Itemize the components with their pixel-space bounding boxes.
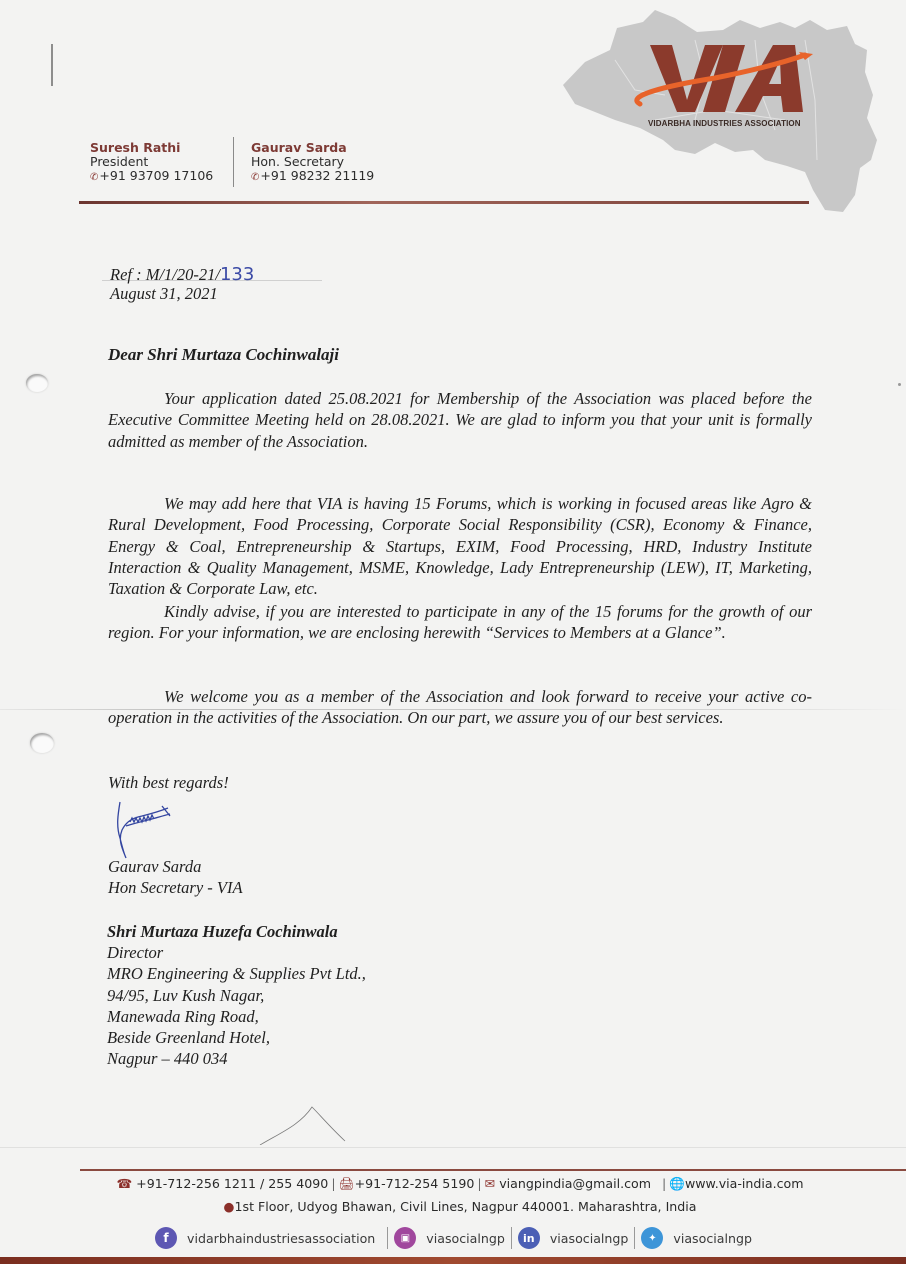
separator: | — [477, 1176, 481, 1191]
contact-phone: +91 98232 21119 — [260, 168, 374, 183]
separator — [387, 1227, 388, 1249]
footer-rule — [80, 1169, 906, 1171]
footer-website[interactable]: www.via-india.com — [685, 1176, 804, 1191]
ref-prefix: Ref : M/1/20-21/ — [110, 265, 220, 284]
footer-social-line: f vidarbhaindustriesassociation ▣ viasoc… — [155, 1226, 752, 1250]
linkedin-handle[interactable]: viasocialngp — [550, 1231, 629, 1246]
signer-name: Gaurav Sarda — [108, 857, 201, 877]
facebook-icon[interactable]: f — [155, 1227, 177, 1249]
footer-address-line: ●1st Floor, Udyog Bhawan, Civil Lines, N… — [100, 1199, 820, 1214]
contact-title: Hon. Secretary — [251, 155, 374, 169]
paragraph-text: We welcome you as a member of the Associ… — [108, 686, 812, 729]
location-pin-icon: ● — [224, 1199, 235, 1214]
paper-crease — [250, 1105, 370, 1145]
separator: | — [658, 1176, 666, 1191]
instagram-icon[interactable]: ▣ — [394, 1227, 416, 1249]
contact-president: Suresh Rathi President ✆+91 93709 17106 — [90, 141, 213, 185]
separator — [511, 1227, 512, 1249]
recipient-line: Beside Greenland Hotel, — [107, 1027, 366, 1048]
globe-icon: 🌐 — [669, 1176, 685, 1191]
separator — [634, 1227, 635, 1249]
recipient-address: Shri Murtaza Huzefa Cochinwala Director … — [107, 921, 366, 1069]
contact-title: President — [90, 155, 213, 169]
linkedin-icon[interactable]: in — [518, 1227, 540, 1249]
recipient-line: 94/95, Luv Kush Nagar, — [107, 985, 366, 1006]
footer-fax: +91-712-254 5190 — [355, 1176, 475, 1191]
footer-email[interactable]: viangpindia@gmail.com — [499, 1176, 651, 1191]
signature — [112, 800, 182, 860]
phone-icon: ✆ — [251, 172, 259, 183]
signer-title: Hon Secretary - VIA — [108, 878, 243, 898]
twitter-handle[interactable]: viasocialngp — [673, 1231, 752, 1246]
vidarbha-map-logo — [555, 0, 906, 215]
recipient-line: Manewada Ring Road, — [107, 1006, 366, 1027]
footer-phone: +91-712-256 1211 / 255 4090 — [136, 1176, 328, 1191]
contact-phone: +91 93709 17106 — [99, 168, 213, 183]
paragraph: We may add here that VIA is having 15 Fo… — [108, 493, 812, 599]
paragraph-text: Kindly advise, if you are interested to … — [108, 601, 812, 644]
paragraph: Your application dated 25.08.2021 for Me… — [108, 388, 812, 452]
header-rule — [79, 201, 809, 204]
salutation: Dear Shri Murtaza Cochinwalaji — [108, 345, 339, 365]
footer-contact-line: ☎ +91-712-256 1211 / 255 4090|🖨+91-712-2… — [100, 1176, 820, 1192]
facebook-handle[interactable]: vidarbhaindustriesassociation — [187, 1231, 375, 1246]
staple-hole — [26, 374, 48, 392]
footer-band — [0, 1257, 906, 1264]
speck — [898, 383, 901, 386]
staple-hole — [30, 733, 54, 753]
recipient-line: Nagpur – 440 034 — [107, 1048, 366, 1069]
twitter-icon[interactable]: ✦ — [641, 1227, 663, 1249]
email-icon: ✉ — [485, 1176, 496, 1191]
contact-name: Suresh Rathi — [90, 141, 213, 155]
header-divider — [233, 137, 234, 187]
fax-icon: 🖨 — [339, 1176, 355, 1191]
recipient-name: Shri Murtaza Huzefa Cochinwala — [107, 921, 366, 942]
separator: | — [331, 1176, 335, 1191]
paragraph: We welcome you as a member of the Associ… — [108, 686, 812, 729]
instagram-handle[interactable]: viasocialngp — [426, 1231, 505, 1246]
paragraph-text: Your application dated 25.08.2021 for Me… — [108, 388, 812, 452]
contact-secretary: Gaurav Sarda Hon. Secretary ✆+91 98232 2… — [251, 141, 374, 185]
contact-name: Gaurav Sarda — [251, 141, 374, 155]
closing: With best regards! — [108, 773, 229, 793]
paragraph: Kindly advise, if you are interested to … — [108, 601, 812, 644]
letter-date: August 31, 2021 — [110, 284, 218, 304]
reference-number: Ref : M/1/20-21/133 — [110, 264, 254, 285]
paper-fold — [0, 1147, 906, 1148]
punch-mark — [51, 44, 53, 86]
telephone-icon: ☎ — [116, 1176, 132, 1191]
ref-handwritten-number: 133 — [220, 264, 254, 285]
footer-address: 1st Floor, Udyog Bhawan, Civil Lines, Na… — [235, 1199, 697, 1214]
recipient-line: MRO Engineering & Supplies Pvt Ltd., — [107, 963, 366, 984]
recipient-line: Director — [107, 942, 366, 963]
phone-icon: ✆ — [90, 172, 98, 183]
paragraph-text: We may add here that VIA is having 15 Fo… — [108, 493, 812, 599]
paper-fold — [0, 709, 906, 710]
organization-name: VIDARBHA INDUSTRIES ASSOCIATION — [648, 119, 801, 128]
